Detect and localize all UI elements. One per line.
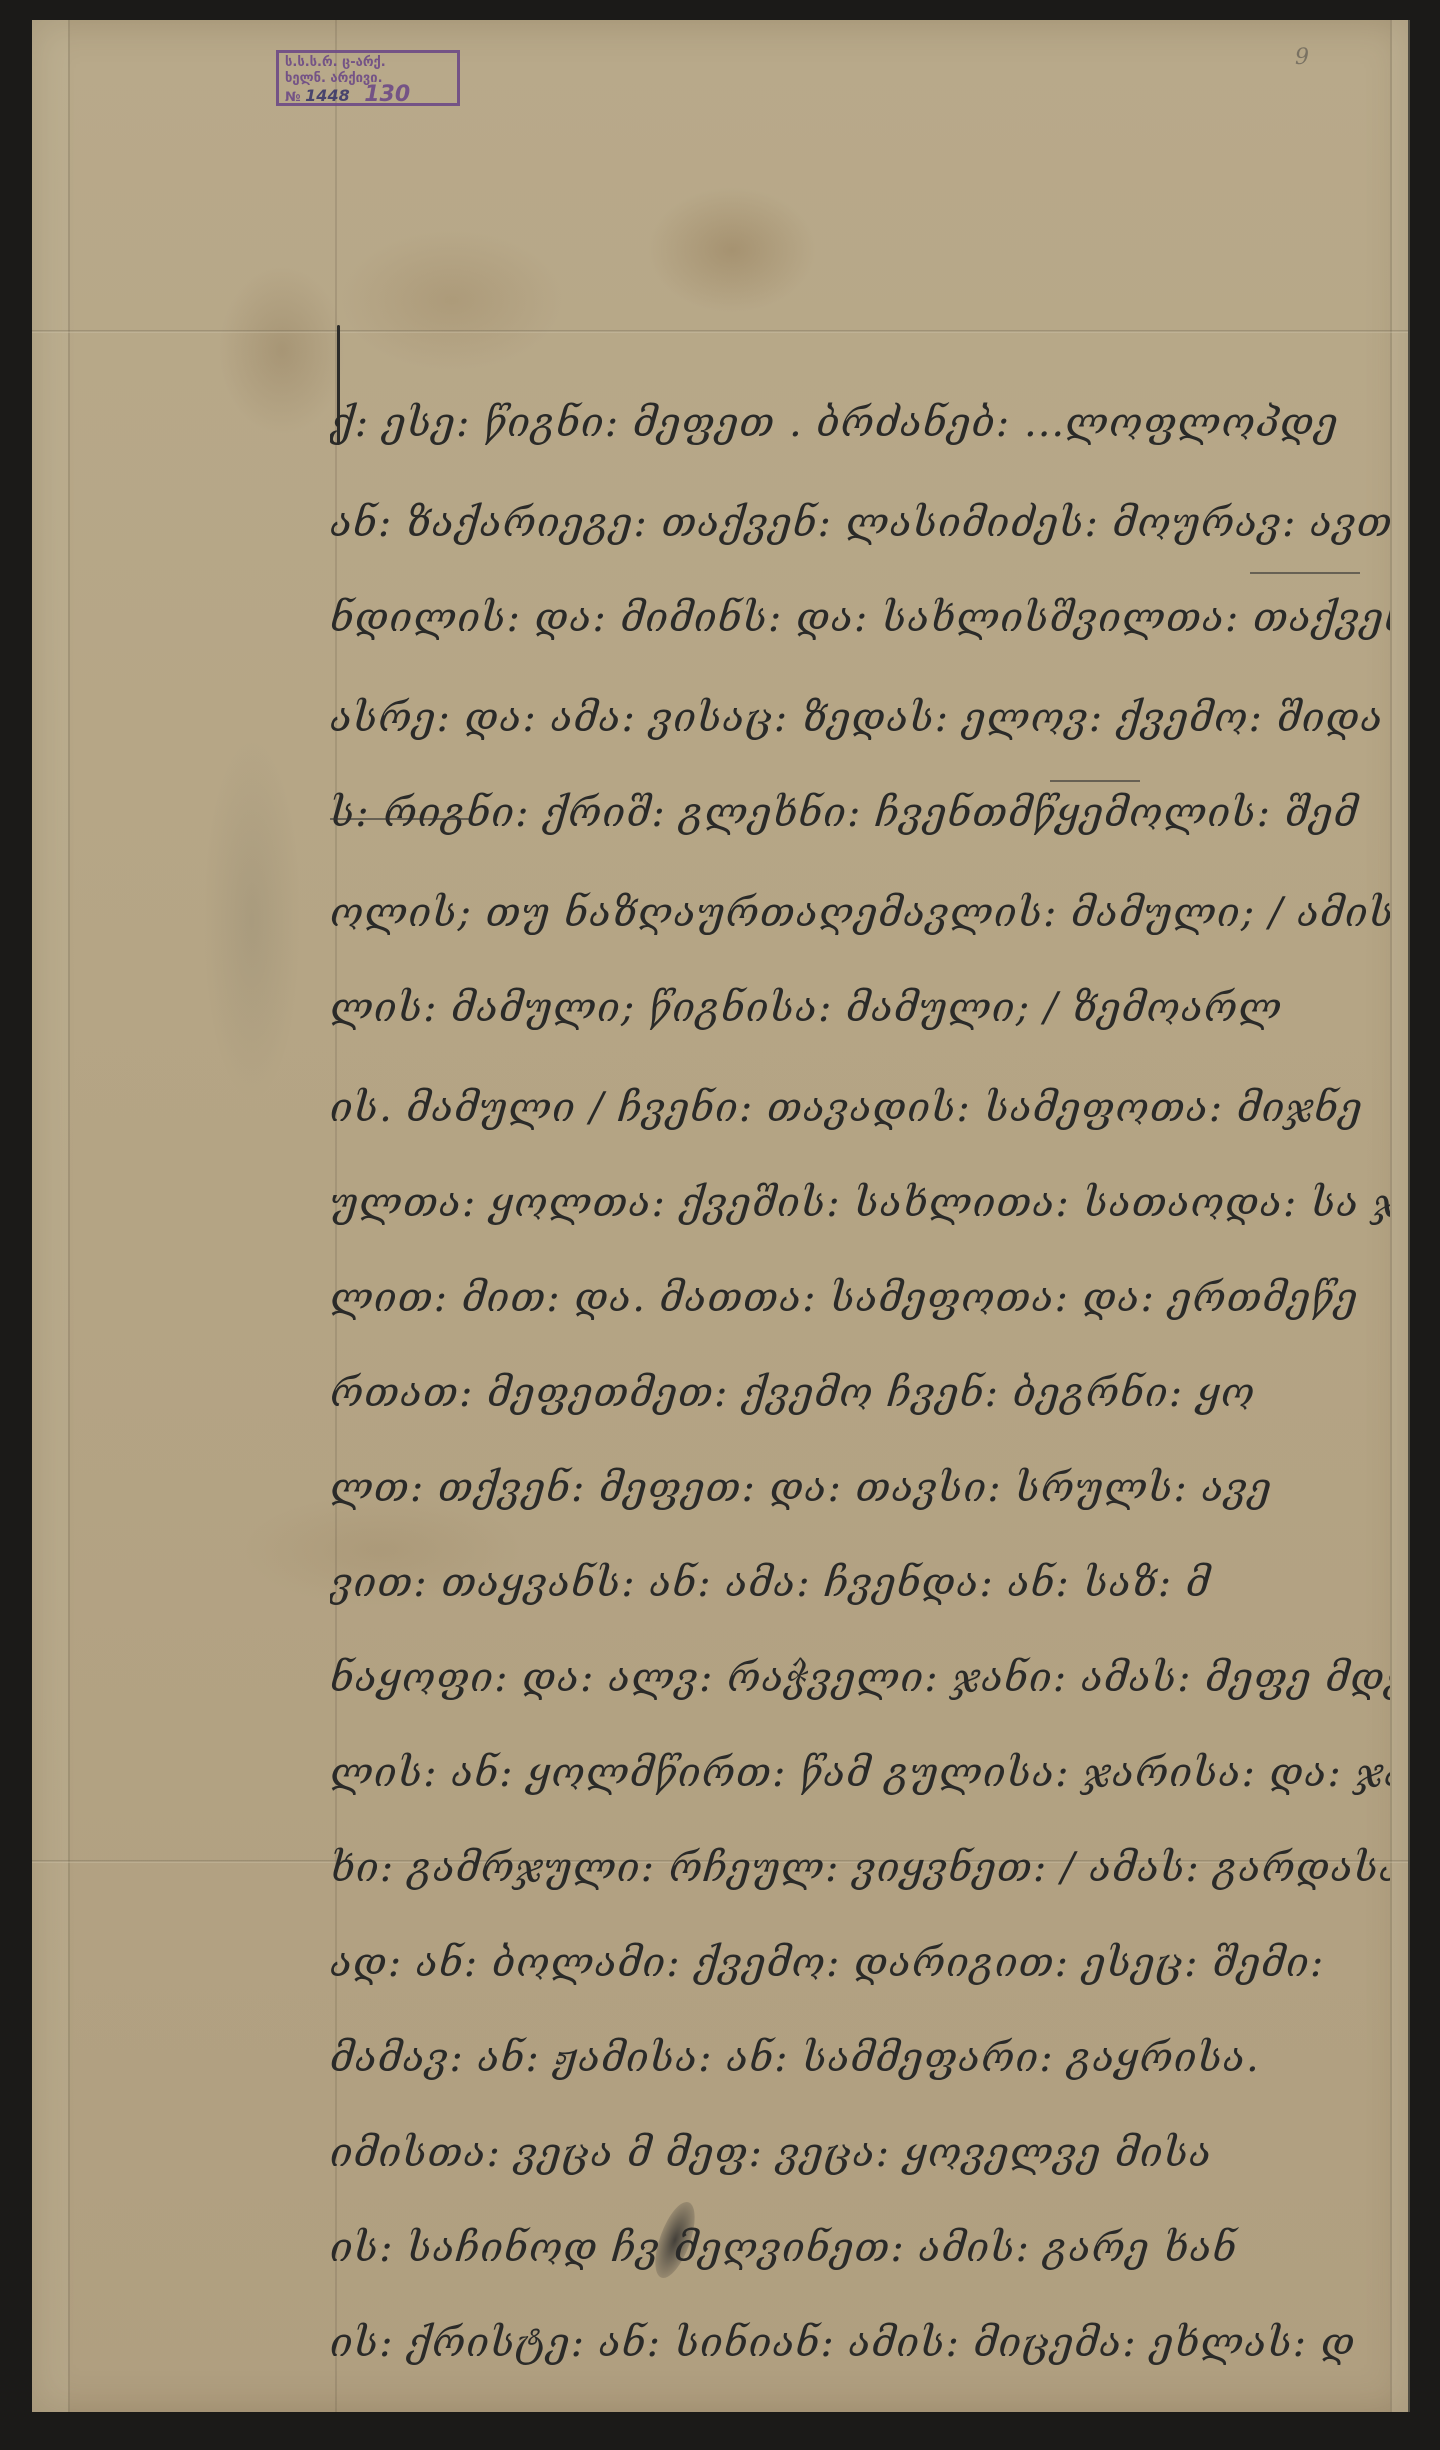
stamp-line-3: № 1448 130 — [285, 87, 451, 106]
text-line: ის. მამული / ჩვენი: თავადის: სამეფოთა: მ… — [330, 1085, 1390, 1131]
text-underline — [1050, 780, 1140, 782]
text-line: ნაყოფი: და: ალვ: რაჭველი: ჯანი: ამას: მე… — [330, 1655, 1390, 1701]
text-line: ან: ზაქარიეგე: თაქვენ: ლასიმიძეს: მოურავ… — [330, 500, 1390, 546]
horizontal-fold — [32, 330, 1408, 333]
text-line: ვით: თაყვანს: ან: ამა: ჩვენდა: ან: საზ: … — [330, 1560, 1390, 1606]
text-line: ნდილის: და: მიმინს: და: სახლისშვილთა: თა… — [330, 595, 1390, 641]
folio-number: 9 — [1295, 45, 1309, 70]
text-line: რთათ: მეფეთმეთ: ქვემო ჩვენ: ბეგრნი: ყო — [330, 1370, 1390, 1416]
text-underline — [330, 818, 470, 820]
archive-stamp: ს.ს.ს.რ. ც-არქ. ხელნ. არქივი. № 1448 130 — [276, 50, 460, 106]
text-line: ოლის; თუ ნაზღაურთაღემავლის: მამული; / ამ… — [330, 890, 1390, 936]
paper-right-edge — [1390, 20, 1410, 2412]
text-line: ასრე: და: ამა: ვისაც: ზედას: ელოვ: ქვემო… — [330, 695, 1390, 741]
paper-left-edge — [32, 20, 70, 2412]
text-underline — [1250, 572, 1360, 574]
text-line: იმისთა: ვეცა მ მეფ: ვეცა: ყოველვე მისა — [330, 2130, 1390, 2176]
text-line: ხი: გამრჯული: რჩეულ: ვიყვნეთ: / ამას: გა… — [330, 1845, 1390, 1891]
text-line: ულთა: ყოლთა: ქვეშის: სახლითა: სათაოდა: ს… — [330, 1180, 1390, 1226]
stamp-line-1: ს.ს.ს.რ. ც-არქ. — [285, 55, 451, 71]
text-line: ლის: მამული; წიგნისა: მამული; / ზემოარლ — [330, 985, 1390, 1031]
text-line: ის: ქრისტე: ან: სინიან: ამის: მიცემა: ეხ… — [330, 2320, 1390, 2366]
text-line: მამავ: ან: ჟამისა: ან: სამმეფარი: გაყრის… — [330, 2035, 1390, 2081]
text-line: ლთ: თქვენ: მეფეთ: და: თავსი: სრულს: ავე — [330, 1465, 1390, 1511]
text-line: ს: რიგნი: ქრიშ: გლეხნი: ჩვენთმწყემოლის: … — [330, 790, 1390, 836]
text-line: ად: ან: ბოლამი: ქვემო: დარიგით: ესეც: შე… — [330, 1940, 1390, 1986]
stamp-item-number: 130 — [364, 82, 410, 107]
text-line: ლით: მით: და. მათთა: სამეფოთა: და: ერთმე… — [330, 1275, 1390, 1321]
stamp-fond-number: 1448 — [305, 86, 350, 105]
text-line: ლის: ან: ყოლმწირთ: წამ გულისა: ჯარისა: დ… — [330, 1750, 1390, 1796]
text-line: ის: საჩინოდ ჩვ მეღვინეთ: ამის: გარე ხან — [330, 2225, 1390, 2271]
text-line: ქ: ესე: წიგნი: მეფეთ . ბრძანებ: ...ლოფლო… — [330, 400, 1390, 446]
stamp-prefix: № — [285, 90, 301, 105]
